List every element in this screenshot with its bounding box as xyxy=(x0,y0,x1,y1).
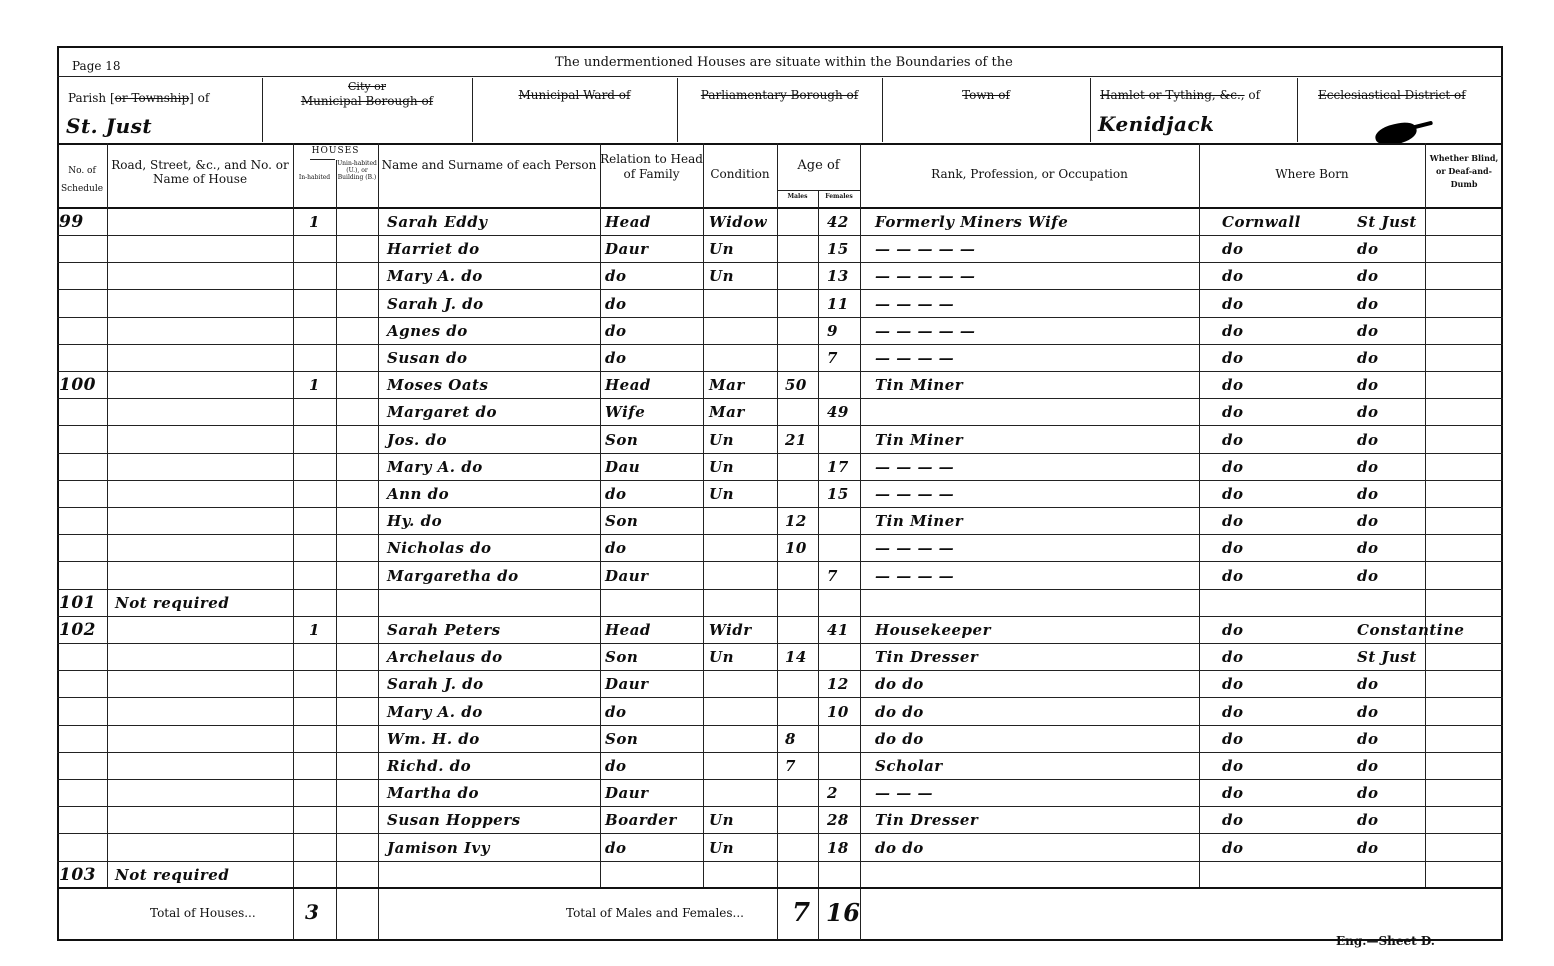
name-cell: Richd. do xyxy=(387,752,471,780)
name-cell: Sarah Eddy xyxy=(387,208,487,236)
col-houses-header: HOUSES xyxy=(293,146,378,156)
parliamentary-borough-label: Parliamentary Borough of xyxy=(677,88,882,102)
name-cell: Archelaus do xyxy=(387,643,503,671)
name-cell: Mary A. do xyxy=(387,453,483,481)
condition-cell: Widow xyxy=(709,208,767,236)
born-parish-cell: do xyxy=(1357,670,1379,698)
table-row: Nicholas dodo10— — — —dodo xyxy=(57,534,1503,562)
occupation-cell: do do xyxy=(875,670,924,698)
municipal-borough-label: Municipal Borough of xyxy=(262,94,472,108)
female-age-cell: 41 xyxy=(827,616,849,644)
divider xyxy=(1090,78,1091,142)
city-label: City or xyxy=(262,80,472,93)
hamlet-value: Kenidjack xyxy=(1098,112,1215,136)
table-row: Mary A. doDauUn17— — — —dodo xyxy=(57,453,1503,481)
occupation-cell: do do xyxy=(875,834,924,862)
female-age-cell: 13 xyxy=(827,262,849,290)
born-parish-cell: do xyxy=(1357,752,1379,780)
condition-cell: Un xyxy=(709,643,734,671)
table-row: Susan HoppersBoarderUn28Tin Dresserdodo xyxy=(57,806,1503,834)
relation-cell: Head xyxy=(605,208,651,236)
born-parish-cell: do xyxy=(1357,562,1379,590)
divider xyxy=(57,887,1503,889)
female-age-cell: 42 xyxy=(827,208,849,236)
table-row: Martha doDaur2— — —dodo xyxy=(57,779,1503,807)
born-parish-cell: do xyxy=(1357,344,1379,372)
name-cell: Sarah J. do xyxy=(387,670,484,698)
born-parish-cell: do xyxy=(1357,398,1379,426)
relation-cell: Boarder xyxy=(605,806,677,834)
born-parish-cell: do xyxy=(1357,507,1379,535)
table-row: Mary A. dodo10do dododo xyxy=(57,698,1503,726)
male-age-cell: 12 xyxy=(785,507,807,535)
born-county-cell: do xyxy=(1222,317,1244,345)
born-parish-cell: do xyxy=(1357,480,1379,508)
born-parish-cell: do xyxy=(1357,834,1379,862)
relation-cell: do xyxy=(605,698,627,726)
female-age-cell: 15 xyxy=(827,480,849,508)
occupation-cell: — — — — — xyxy=(875,235,975,263)
name-cell: Susan Hoppers xyxy=(387,806,521,834)
occupation-cell: Tin Miner xyxy=(875,426,963,454)
name-cell: Wm. H. do xyxy=(387,725,480,753)
female-age-cell: 12 xyxy=(827,670,849,698)
occupation-cell: — — — — xyxy=(875,290,954,318)
born-parish-cell: do xyxy=(1357,262,1379,290)
relation-cell: Son xyxy=(605,725,638,753)
occupation-cell: — — — — xyxy=(875,534,954,562)
condition-cell: Mar xyxy=(709,398,745,426)
table-row: Richd. dodo7Scholardodo xyxy=(57,752,1503,780)
relation-cell: do xyxy=(605,480,627,508)
born-county-cell: do xyxy=(1222,534,1244,562)
born-county-cell: do xyxy=(1222,262,1244,290)
table-row: Sarah J. doDaur12do dododo xyxy=(57,670,1503,698)
born-county-cell: do xyxy=(1222,834,1244,862)
relation-cell: Son xyxy=(605,426,638,454)
table-row: Harriet doDaurUn15— — — — —dodo xyxy=(57,235,1503,263)
female-age-cell: 7 xyxy=(827,344,838,372)
table-row: Jamison IvydoUn18do dododo xyxy=(57,834,1503,862)
born-county-cell: do xyxy=(1222,290,1244,318)
schedule-cell: 103 xyxy=(59,861,96,889)
female-age-cell: 2 xyxy=(827,779,838,807)
town-label: Town of xyxy=(882,88,1090,102)
inhabited-cell: 1 xyxy=(309,371,320,399)
male-age-cell: 8 xyxy=(785,725,796,753)
occupation-cell: — — — — — xyxy=(875,317,975,345)
col-females-header: Females xyxy=(818,193,860,200)
table-row: Agnes dodo9— — — — —dodo xyxy=(57,317,1503,345)
parish-value: St. Just xyxy=(66,114,152,138)
born-county-cell: do xyxy=(1222,507,1244,535)
occupation-cell: — — — — xyxy=(875,344,954,372)
occupation-cell: — — — — xyxy=(875,480,954,508)
relation-cell: do xyxy=(605,344,627,372)
relation-cell: Daur xyxy=(605,779,649,807)
col-males-header: Males xyxy=(777,193,818,200)
table-row: Hy. doSon12Tin Minerdodo xyxy=(57,507,1503,535)
born-county-cell: do xyxy=(1222,670,1244,698)
schedule-cell: 100 xyxy=(59,371,96,399)
female-age-cell: 11 xyxy=(827,290,849,318)
relation-cell: do xyxy=(605,752,627,780)
schedule-cell: 102 xyxy=(59,616,96,644)
table-row: Ann dodoUn15— — — —dodo xyxy=(57,480,1503,508)
name-cell: Margaretha do xyxy=(387,562,519,590)
table-row: Susan dodo7— — — —dodo xyxy=(57,344,1503,372)
condition-cell: Un xyxy=(709,262,734,290)
born-county-cell: do xyxy=(1222,480,1244,508)
name-cell: Martha do xyxy=(387,779,479,807)
name-cell: Mary A. do xyxy=(387,698,483,726)
occupation-cell: Tin Dresser xyxy=(875,643,978,671)
table-row: Margaret doWifeMar49dodo xyxy=(57,398,1503,426)
total-houses-label: Total of Houses... xyxy=(150,906,256,920)
female-age-cell: 15 xyxy=(827,235,849,263)
male-age-cell: 14 xyxy=(785,643,807,671)
col-name-header: Name and Surname of each Person xyxy=(378,158,600,173)
occupation-cell: Housekeeper xyxy=(875,616,991,644)
name-cell: Margaret do xyxy=(387,398,497,426)
female-age-cell: 18 xyxy=(827,834,849,862)
col-condition-header: Condition xyxy=(703,167,777,181)
condition-cell: Un xyxy=(709,426,734,454)
col-occupation-header: Rank, Profession, or Occupation xyxy=(860,167,1199,181)
relation-cell: do xyxy=(605,262,627,290)
page-number: Page 18 xyxy=(72,59,121,73)
road-cell: Not required xyxy=(115,861,229,889)
born-county-cell: do xyxy=(1222,643,1244,671)
name-cell: Jamison Ivy xyxy=(387,834,490,862)
born-county-cell: do xyxy=(1222,779,1244,807)
born-county-cell: do xyxy=(1222,344,1244,372)
name-cell: Mary A. do xyxy=(387,262,483,290)
condition-cell: Widr xyxy=(709,616,752,644)
relation-cell: do xyxy=(605,317,627,345)
name-cell: Agnes do xyxy=(387,317,468,345)
female-age-cell: 17 xyxy=(827,453,849,481)
born-county-cell: do xyxy=(1222,562,1244,590)
born-parish-cell: do xyxy=(1357,317,1379,345)
female-age-cell: 28 xyxy=(827,806,849,834)
table-row: 101Not required xyxy=(57,589,1503,617)
born-county-cell: do xyxy=(1222,426,1244,454)
name-cell: Harriet do xyxy=(387,235,480,263)
occupation-cell: — — — — — xyxy=(875,262,975,290)
born-parish-cell: do xyxy=(1357,290,1379,318)
municipal-ward-label: Municipal Ward of xyxy=(472,88,677,102)
name-cell: Hy. do xyxy=(387,507,442,535)
sheet-footer: Eng.—Sheet D. xyxy=(1336,934,1435,948)
inhabited-cell: 1 xyxy=(309,616,320,644)
occupation-cell: — — — — xyxy=(875,453,954,481)
occupation-cell: do do xyxy=(875,698,924,726)
table-row: 103Not required xyxy=(57,861,1503,889)
relation-cell: do xyxy=(605,834,627,862)
relation-cell: do xyxy=(605,534,627,562)
total-females-value: 16 xyxy=(826,898,860,927)
relation-cell: Son xyxy=(605,507,638,535)
divider xyxy=(1297,78,1298,142)
condition-cell: Un xyxy=(709,453,734,481)
born-parish-cell: do xyxy=(1357,453,1379,481)
born-parish-cell: do xyxy=(1357,806,1379,834)
total-houses-value: 3 xyxy=(305,900,319,924)
relation-cell: Head xyxy=(605,616,651,644)
born-parish-cell: St Just xyxy=(1357,643,1417,671)
male-age-cell: 50 xyxy=(785,371,807,399)
born-county-cell: do xyxy=(1222,616,1244,644)
relation-cell: Daur xyxy=(605,562,649,590)
table-row: Mary A. dodoUn13— — — — —dodo xyxy=(57,262,1503,290)
name-cell: Sarah Peters xyxy=(387,616,501,644)
occupation-cell: — — — xyxy=(875,779,933,807)
born-county-cell: do xyxy=(1222,725,1244,753)
schedule-cell: 99 xyxy=(59,208,84,236)
name-cell: Moses Oats xyxy=(387,371,488,399)
inhabited-cell: 1 xyxy=(309,208,320,236)
born-county-cell: Cornwall xyxy=(1222,208,1301,236)
condition-cell: Un xyxy=(709,235,734,263)
occupation-cell: do do xyxy=(875,725,924,753)
born-parish-cell: do xyxy=(1357,426,1379,454)
condition-cell: Un xyxy=(709,834,734,862)
born-county-cell: do xyxy=(1222,453,1244,481)
occupation-cell: — — — — xyxy=(875,562,954,590)
occupation-cell: Tin Dresser xyxy=(875,806,978,834)
born-parish-cell: do xyxy=(1357,235,1379,263)
female-age-cell: 10 xyxy=(827,698,849,726)
male-age-cell: 21 xyxy=(785,426,807,454)
parish-label: Parish [or Township] of xyxy=(68,91,209,105)
born-parish-cell: do xyxy=(1357,779,1379,807)
occupation-cell: Tin Miner xyxy=(875,507,963,535)
born-county-cell: do xyxy=(1222,698,1244,726)
female-age-cell: 49 xyxy=(827,398,849,426)
col-relation-header: Relation to Head of Family xyxy=(600,152,703,182)
born-county-cell: do xyxy=(1222,398,1244,426)
born-parish-cell: do xyxy=(1357,371,1379,399)
born-parish-cell: do xyxy=(1357,534,1379,562)
name-cell: Susan do xyxy=(387,344,468,372)
schedule-cell: 101 xyxy=(59,589,96,617)
relation-cell: Daur xyxy=(605,670,649,698)
born-parish-cell: Constantine xyxy=(1357,616,1464,644)
relation-cell: Son xyxy=(605,643,638,671)
condition-cell: Mar xyxy=(709,371,745,399)
born-parish-cell: St Just xyxy=(1357,208,1417,236)
born-county-cell: do xyxy=(1222,371,1244,399)
relation-cell: Wife xyxy=(605,398,645,426)
col-schedule-header: No. of Schedule xyxy=(57,162,107,198)
col-uninhabited-header: Unin-habited (U.), or Building (B.) xyxy=(336,160,378,181)
col-road-header: Road, Street, &c., and No. or Name of Ho… xyxy=(107,158,293,186)
page-heading: The undermentioned Houses are situate wi… xyxy=(555,55,1013,70)
name-cell: Ann do xyxy=(387,480,449,508)
divider xyxy=(57,76,1503,77)
occupation-cell: Formerly Miners Wife xyxy=(875,208,1068,236)
divider xyxy=(57,143,1503,145)
born-county-cell: do xyxy=(1222,806,1244,834)
census-rows: 991Sarah EddyHeadWidow42Formerly Miners … xyxy=(57,208,1503,888)
table-row: Archelaus doSonUn14Tin DresserdoSt Just xyxy=(57,643,1503,671)
occupation-cell: Scholar xyxy=(875,752,943,780)
table-row: 1021Sarah PetersHeadWidr41HousekeeperdoC… xyxy=(57,616,1503,644)
table-row: Margaretha doDaur7— — — —dodo xyxy=(57,562,1503,590)
name-cell: Sarah J. do xyxy=(387,290,484,318)
col-born-header: Where Born xyxy=(1199,167,1425,181)
male-age-cell: 7 xyxy=(785,752,796,780)
condition-cell: Un xyxy=(709,480,734,508)
table-row: Sarah J. dodo11— — — —dodo xyxy=(57,290,1503,318)
male-age-cell: 10 xyxy=(785,534,807,562)
born-county-cell: do xyxy=(1222,235,1244,263)
table-row: Jos. doSonUn21Tin Minerdodo xyxy=(57,426,1503,454)
table-row: 1001Moses OatsHeadMar50Tin Minerdodo xyxy=(57,371,1503,399)
total-males-value: 7 xyxy=(792,898,811,928)
total-persons-label: Total of Males and Females... xyxy=(566,906,744,920)
female-age-cell: 9 xyxy=(827,317,838,345)
female-age-cell: 7 xyxy=(827,562,838,590)
occupation-cell: Tin Miner xyxy=(875,371,963,399)
condition-cell: Un xyxy=(709,806,734,834)
hamlet-label: Hamlet or Tything, &c., of xyxy=(1100,88,1260,102)
relation-cell: do xyxy=(605,290,627,318)
name-cell: Nicholas do xyxy=(387,534,492,562)
relation-cell: Head xyxy=(605,371,651,399)
name-cell: Jos. do xyxy=(387,426,447,454)
born-parish-cell: do xyxy=(1357,698,1379,726)
table-row: Wm. H. doSon8do dododo xyxy=(57,725,1503,753)
divider xyxy=(310,159,335,160)
relation-cell: Dau xyxy=(605,453,640,481)
born-parish-cell: do xyxy=(1357,725,1379,753)
col-inhabited-header: In-habited xyxy=(293,174,336,181)
road-cell: Not required xyxy=(115,589,229,617)
ecclesiastical-district-label: Ecclesiastical District of xyxy=(1318,88,1466,102)
table-row: 991Sarah EddyHeadWidow42Formerly Miners … xyxy=(57,208,1503,236)
born-county-cell: do xyxy=(1222,752,1244,780)
col-age-header: Age of xyxy=(777,158,860,173)
relation-cell: Daur xyxy=(605,235,649,263)
col-blind-header: Whether Blind, or Deaf-and-Dumb xyxy=(1425,152,1503,191)
